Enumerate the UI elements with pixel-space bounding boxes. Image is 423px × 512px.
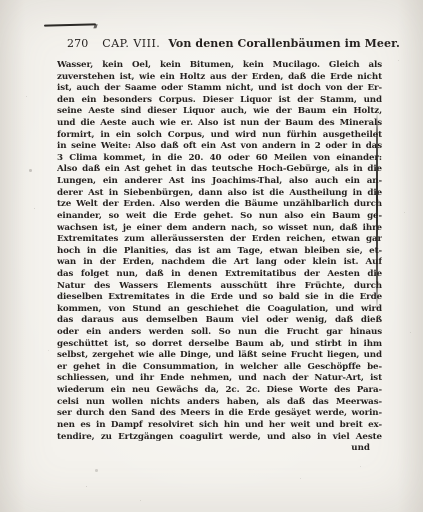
text-line: wiederum ein neu Gewächs da, 2c. 2c. Die… <box>57 385 382 397</box>
text-line: Wasser, kein Oel, kein Bitumen, kein Muc… <box>57 60 382 72</box>
text-line: einander, so weit die Erde gehet. So nun… <box>57 211 382 223</box>
scan-artifact-mark <box>44 23 96 26</box>
text-line: nen es in Dampf resolviret sich hin und … <box>57 420 382 432</box>
scan-noise-specks <box>0 0 1 1</box>
page-number: 270 <box>67 37 88 50</box>
text-line: er gehet in die Consummation, in welcher… <box>57 362 382 374</box>
body-text: Wasser, kein Oel, kein Bitumen, kein Muc… <box>57 60 382 455</box>
text-line: tze Welt der Erden. Also werden die Bäum… <box>57 199 382 211</box>
text-line: celsi nun wollen nichts anders haben, al… <box>57 397 382 409</box>
text-line: hoch in die Planities, das ist am Tage, … <box>57 246 382 258</box>
text-line: ser durch den Sand des Meers in die Erde… <box>57 408 382 420</box>
text-line: Natur des Wassers Elements ausschütt ihr… <box>57 281 382 293</box>
text-line: Extremitates zum alleräussersten der Erd… <box>57 234 382 246</box>
text-line: 3 Clima kommet, in die 20. 40 oder 60 Me… <box>57 153 382 165</box>
running-title: Von denen Corallenbäumen im Meer. <box>168 37 400 50</box>
text-line: dieselben Extremitates in die Erde und s… <box>57 292 382 304</box>
scanned-book-page: 270CAP. VIII.Von denen Corallenbäumen im… <box>0 0 423 512</box>
text-line: den ein besonders Corpus. Dieser Liquor … <box>57 95 382 107</box>
text-line: und die Aeste auch wie er. Also ist nun … <box>57 118 382 130</box>
text-line: tendire, zu Ertzgängen coagulirt werde, … <box>57 432 382 444</box>
text-line: kommen, von Stund an geschiehet die Coag… <box>57 304 382 316</box>
text-line: selbst, zergehet wie alle Dinge, und läß… <box>57 350 382 362</box>
text-line: wachsen ist, je einer dem andern nach, s… <box>57 223 382 235</box>
text-line: schliessen, und ihr Ende nehmen, und nac… <box>57 373 382 385</box>
text-line: ist, auch der Saame oder Stamm nicht, un… <box>57 83 382 95</box>
page-header: 270CAP. VIII.Von denen Corallenbäumen im… <box>57 37 382 50</box>
text-line: formirt, in ein solch Corpus, und wird n… <box>57 130 382 142</box>
text-line: seine Aeste sind dieser Liquor auch, wie… <box>57 106 382 118</box>
text-line: in seine Weite: Also daß oft ein Ast von… <box>57 141 382 153</box>
text-line: oder ein anders werden soll. So nun die … <box>57 327 382 339</box>
text-line: derer Ast in Siebenbürgen, dann also ist… <box>57 188 382 200</box>
text-line: Also daß ein Ast gehet in das teutsche H… <box>57 164 382 176</box>
text-line: Lungen, ein anderer Ast ins Joachims-Tha… <box>57 176 382 188</box>
catchword: und <box>57 443 382 455</box>
text-line: wan in der Erden, nachdem die Art lang o… <box>57 257 382 269</box>
chapter-label: CAP. VIII. <box>102 37 160 50</box>
text-line: das folget nun, daß in denen Extremitati… <box>57 269 382 281</box>
text-line: das daraus aus demselben Baum viel oder … <box>57 315 382 327</box>
text-line: geschüttet ist, so dorret derselbe Baum … <box>57 339 382 351</box>
text-line: zuverstehen ist, wie ein Holtz aus der E… <box>57 72 382 84</box>
